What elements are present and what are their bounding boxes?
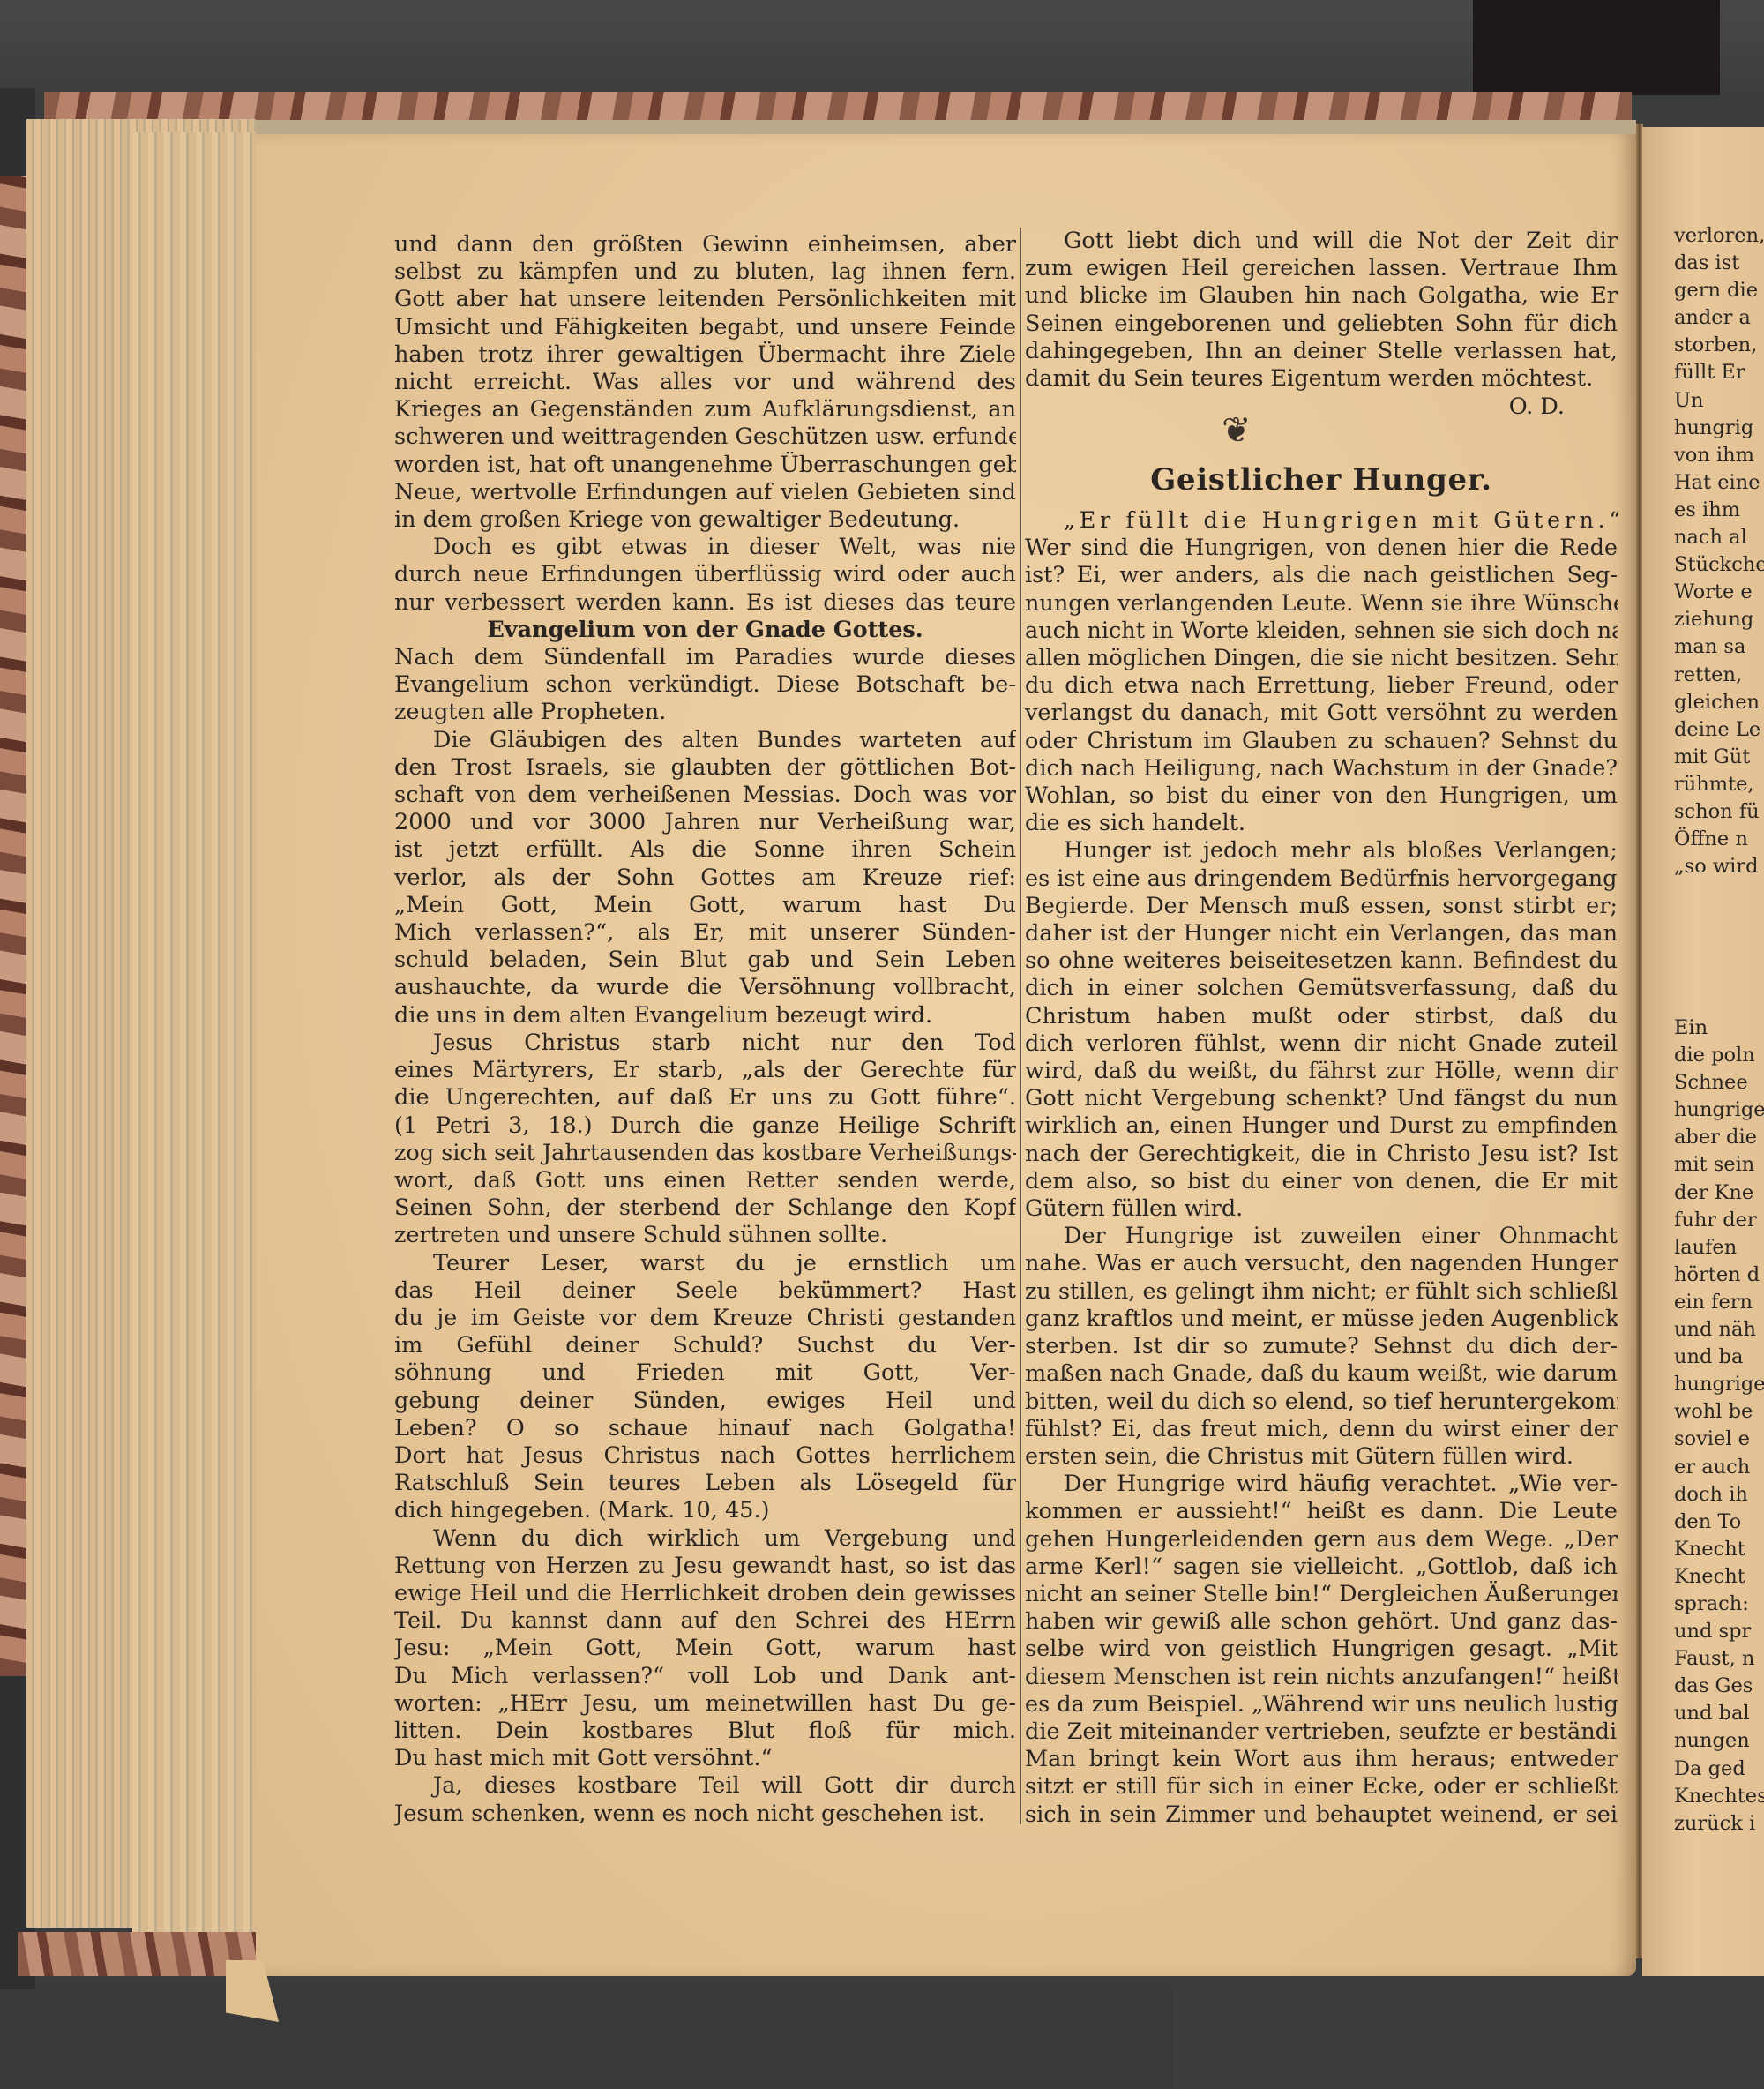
text-line: Nach dem Sündenfall im Paradies wurde di…	[394, 644, 1016, 671]
text-line: Evangelium von der Gnade Gottes.	[394, 617, 1016, 644]
text-line: sitzt er still für sich in einer Ecke, o…	[1025, 1773, 1618, 1801]
fragment-line: schon fü	[1674, 798, 1764, 826]
fragment-line: zurück i	[1674, 1810, 1764, 1838]
text-line: schaft von dem verheißenen Messias. Doch…	[394, 782, 1016, 809]
text-line: Krieges an Gegenständen zum Aufklärungsd…	[394, 396, 1016, 423]
text-line: diesem Menschen ist rein nichts anzufang…	[1025, 1664, 1618, 1691]
left-text-column: und dann den größten Gewinn einheimsen, …	[394, 231, 1016, 1828]
text-line: Leben? O so schaue hinauf nach Golgatha!	[394, 1415, 1016, 1442]
text-line: schuld beladen, Sein Blut gab und Sein L…	[394, 947, 1016, 974]
column-divider	[1020, 228, 1021, 1824]
text-line: Jesum schenken, wenn es noch nicht gesch…	[394, 1801, 1016, 1828]
text-line: du je im Geiste vor dem Kreuze Christi g…	[394, 1305, 1016, 1332]
text-line: Teil. Du kannst dann auf den Schrei des …	[394, 1607, 1016, 1635]
text-line: das Heil deiner Seele bekümmert? Hast	[394, 1277, 1016, 1305]
fragment-line: Stückche	[1674, 551, 1764, 579]
text-line: Wer sind die Hungrigen, von denen hier d…	[1025, 535, 1618, 562]
page-block-edge-inner	[132, 132, 256, 1932]
text-line: Umsicht und Fähigkeiten begabt, und unse…	[394, 314, 1016, 341]
text-line: zu stillen, es gelingt ihm nicht; er füh…	[1025, 1278, 1618, 1306]
text-line: gebung deiner Sünden, ewiges Heil und	[394, 1388, 1016, 1415]
fragment-line: Schnee	[1674, 1069, 1764, 1097]
fragment-line: „so wird	[1674, 853, 1764, 880]
fragment-line: ziehung	[1674, 606, 1764, 633]
text-line: wort, daß Gott uns einen Retter senden w…	[394, 1167, 1016, 1194]
text-line: dich in einer solchen Gemütsverfassung, …	[1025, 975, 1618, 1002]
text-line: die Ungerechten, auf daß Er uns zu Gott …	[394, 1084, 1016, 1112]
fragment-line: ander a	[1674, 304, 1764, 332]
fragment-line: es ihm	[1674, 497, 1764, 524]
fragment-line: den To	[1674, 1509, 1764, 1536]
text-line: daher ist der Hunger nicht ein Verlangen…	[1025, 920, 1618, 947]
next-page-text-top: verloren,das istgern dieander astorben,f…	[1674, 222, 1764, 880]
fragment-line: Un	[1674, 387, 1764, 415]
text-line: Jesus Christus starb nicht nur den Tod	[394, 1030, 1016, 1057]
article-title: Geistlicher Hunger.	[1025, 462, 1618, 498]
fragment-line: hungrig	[1674, 415, 1764, 442]
fragment-line: doch ih	[1674, 1481, 1764, 1509]
text-line: bitten, weil du dich so elend, so tief h…	[1025, 1389, 1618, 1416]
text-line: aushauchte, da wurde die Versöhnung voll…	[394, 974, 1016, 1001]
text-line: Christum haben mußt oder stirbst, daß du	[1025, 1003, 1618, 1030]
text-line: (1 Petri 3, 18.) Durch die ganze Heilige…	[394, 1112, 1016, 1140]
text-line: so ohne weiteres beiseitesetzen kann. Be…	[1025, 947, 1618, 975]
text-line: allen möglichen Dingen, die sie nicht be…	[1025, 645, 1618, 672]
text-line: Der Hungrige ist zuweilen einer Ohnmacht	[1025, 1223, 1618, 1250]
fragment-line: Knechtes	[1674, 1783, 1764, 1810]
marbled-cover-left	[0, 176, 30, 1676]
text-line: im Gefühl deiner Schuld? Suchst du Ver-	[394, 1332, 1016, 1359]
text-line: Rettung von Herzen zu Jesu gewandt hast,…	[394, 1553, 1016, 1580]
fragment-line: mit Güt	[1674, 744, 1764, 771]
text-line: Gott liebt dich und will die Not der Zei…	[1025, 228, 1618, 255]
text-line: und dann den größten Gewinn einheimsen, …	[394, 231, 1016, 258]
fragment-line: fuhr der	[1674, 1207, 1764, 1234]
text-line: verlor, als der Sohn Gottes am Kreuze ri…	[394, 865, 1016, 892]
text-line: dahingegeben, Ihn an deiner Stelle verla…	[1025, 338, 1618, 365]
fragment-line: hungrige	[1674, 1097, 1764, 1124]
text-line: Wenn du dich wirklich um Vergebung und	[394, 1525, 1016, 1553]
text-line: in dem großen Kriege von gewaltiger Bede…	[394, 506, 1016, 534]
fragment-line: Worte e	[1674, 579, 1764, 606]
fragment-line: soviel e	[1674, 1426, 1764, 1453]
fragment-line: gleichen	[1674, 689, 1764, 716]
text-line: den Trost Israels, sie glaubten der gött…	[394, 754, 1016, 782]
text-line: ist? Ei, wer anders, als die nach geistl…	[1025, 562, 1618, 589]
text-line: es ist eine aus dringendem Bedürfnis her…	[1025, 865, 1618, 893]
fragment-line: Da ged	[1674, 1756, 1764, 1783]
text-line: dich hingegeben. (Mark. 10, 45.)	[394, 1497, 1016, 1524]
text-line: wirklich an, einen Hunger und Durst zu e…	[1025, 1112, 1618, 1140]
text-line: zeugten alle Propheten.	[394, 699, 1016, 726]
text-line: selbe wird von geistlich Hungrigen gesag…	[1025, 1636, 1618, 1663]
text-line: Doch es gibt etwas in dieser Welt, was n…	[394, 534, 1016, 561]
fragment-line: hungrige	[1674, 1371, 1764, 1398]
text-line: die es sich handelt.	[1025, 810, 1618, 837]
text-line: fühlst? Ei, das freut mich, denn du wirs…	[1025, 1416, 1618, 1443]
fragment-line: und ba	[1674, 1344, 1764, 1371]
fragment-line: von ihm	[1674, 442, 1764, 469]
fragment-line: verloren,	[1674, 222, 1764, 250]
text-line: Evangelium schon verkündigt. Diese Botsc…	[394, 671, 1016, 699]
fragment-line: die poln	[1674, 1042, 1764, 1069]
signature-line: O. D.	[1025, 393, 1618, 421]
text-line: die uns in dem alten Evangelium bezeugt …	[394, 1002, 1016, 1030]
text-line: dem also, so bist du einer von denen, di…	[1025, 1168, 1618, 1195]
fragment-line: nungen	[1674, 1727, 1764, 1755]
fragment-line: wohl be	[1674, 1398, 1764, 1426]
text-line: Wohlan, so bist du einer von den Hungrig…	[1025, 782, 1618, 810]
text-line: ewige Heil und die Herrlichkeit droben d…	[394, 1580, 1016, 1607]
text-line: söhnung und Frieden mit Gott, Ver-	[394, 1359, 1016, 1387]
text-line: 2000 und vor 3000 Jahren nur Verheißung …	[394, 809, 1016, 836]
text-line: Gott nicht Vergebung schenkt? Und fängst…	[1025, 1085, 1618, 1112]
text-line: Neue, wertvolle Erfindungen auf vielen G…	[394, 479, 1016, 506]
text-line: wird, daß du weißt, du fährst zur Hölle,…	[1025, 1058, 1618, 1085]
text-line: nicht erreicht. Was alles vor und währen…	[394, 369, 1016, 396]
text-line: Ja, dieses kostbare Teil will Gott dir d…	[394, 1772, 1016, 1800]
text-line: eines Märtyrers, Er starb, „als der Gere…	[394, 1057, 1016, 1084]
fragment-line: storben,	[1674, 332, 1764, 359]
ornament-icon: ❦	[1222, 410, 1252, 451]
text-line: nur verbessert werden kann. Es ist diese…	[394, 589, 1016, 617]
text-line: Man bringt kein Wort aus ihm heraus; ent…	[1025, 1746, 1618, 1773]
text-line: schweren und weittragenden Geschützen us…	[394, 423, 1016, 451]
fragment-line: er auch	[1674, 1454, 1764, 1481]
text-line: „Mein Gott, Mein Gott, warum hast Du	[394, 892, 1016, 919]
text-line: ganz kraftlos und meint, er müsse jeden …	[1025, 1306, 1618, 1333]
fragment-line: Ein	[1674, 1015, 1764, 1042]
text-line: Du hast mich mit Gott versöhnt.“	[394, 1745, 1016, 1772]
text-line: kommen er aussieht!“ heißt es dann. Die …	[1025, 1498, 1618, 1525]
text-line: nicht an seiner Stelle bin!“ Dergleichen…	[1025, 1581, 1618, 1608]
fragment-line: ein fern	[1674, 1289, 1764, 1316]
text-line: arme Kerl!“ sagen sie vielleicht. „Gottl…	[1025, 1554, 1618, 1581]
fragment-line: hörten d	[1674, 1262, 1764, 1289]
fragment-line: sprach:	[1674, 1591, 1764, 1618]
text-line: worten: „HErr Jesu, um meinetwillen hast…	[394, 1690, 1016, 1718]
text-line: dich verloren fühlst, wenn dir nicht Gna…	[1025, 1030, 1618, 1058]
book-spine-cloth	[1473, 0, 1720, 95]
fragment-line: rühmte,	[1674, 771, 1764, 798]
text-line: verlangst du danach, mit Gott versöhnt z…	[1025, 700, 1618, 727]
text-line: Hunger ist jedoch mehr als bloßes Verlan…	[1025, 837, 1618, 865]
fragment-line: Knecht	[1674, 1563, 1764, 1591]
right-intro-paragraph: Gott liebt dich und will die Not der Zei…	[1025, 228, 1618, 393]
fragment-line: Hat eine	[1674, 469, 1764, 497]
text-line: selbst zu kämpfen und zu bluten, lag ihn…	[394, 258, 1016, 286]
text-line: Dort hat Jesus Christus nach Gottes herr…	[394, 1442, 1016, 1470]
fragment-line: das ist	[1674, 250, 1764, 277]
fragment-line: retten,	[1674, 662, 1764, 689]
fragment-line: nach al	[1674, 524, 1764, 551]
text-line: es da zum Beispiel. „Während wir uns neu…	[1025, 1691, 1618, 1718]
text-line: nungen verlangenden Leute. Wenn sie ihre…	[1025, 590, 1618, 618]
right-text-column: „Er füllt die Hungrigen mit Gütern.“Wer …	[1025, 507, 1618, 1829]
text-line: Gott aber hat unsere leitenden Persönlic…	[394, 286, 1016, 313]
text-line: litten. Dein kostbares Blut floß für mic…	[394, 1718, 1016, 1745]
text-line: Du Mich verlassen?“ voll Lob und Dank an…	[394, 1663, 1016, 1690]
text-line: nach der Gerechtigkeit, die in Christo J…	[1025, 1141, 1618, 1168]
text-line: die Zeit miteinander vertrieben, seufzte…	[1025, 1718, 1618, 1746]
fragment-line: und näh	[1674, 1316, 1764, 1344]
text-line: Mich verlassen?“, als Er, mit unserer Sü…	[394, 919, 1016, 947]
text-line: worden ist, hat oft unangenehme Überrasc…	[394, 452, 1016, 479]
text-line: auch nicht in Worte kleiden, sehnen sie …	[1025, 618, 1618, 645]
text-line: zog sich seit Jahrtausenden das kostbare…	[394, 1140, 1016, 1167]
text-line: Seinen Sohn, der sterbend der Schlange d…	[394, 1194, 1016, 1222]
text-line: Jesu: „Mein Gott, Mein Gott, warum hast	[394, 1635, 1016, 1662]
marbled-cover-top	[44, 92, 1632, 122]
fragment-line: gern die	[1674, 277, 1764, 304]
text-line: und blicke im Glauben hin nach Golgatha,…	[1025, 282, 1618, 310]
text-line: haben trotz ihrer gewaltigen Übermacht i…	[394, 341, 1016, 369]
text-line: Teurer Leser, warst du je ernstlich um	[394, 1250, 1016, 1277]
text-line: sich in sein Zimmer und behauptet weinen…	[1025, 1801, 1618, 1829]
fragment-line: füllt Er	[1674, 359, 1764, 386]
text-line: nahe. Was er auch versucht, den nagenden…	[1025, 1250, 1618, 1277]
fragment-line: aber die	[1674, 1124, 1764, 1151]
text-line: zertreten und unsere Schuld sühnen sollt…	[394, 1222, 1016, 1249]
fragment-line: und bal	[1674, 1700, 1764, 1727]
text-line: Seinen eingeborenen und geliebten Sohn f…	[1025, 311, 1618, 338]
text-line: damit du Sein teures Eigentum werden möc…	[1025, 365, 1618, 393]
text-line: sterben. Ist dir so zumute? Sehnst du di…	[1025, 1333, 1618, 1360]
background-bottom-right	[1173, 1989, 1764, 2089]
text-line: ist jetzt erfüllt. Als die Sonne ihren S…	[394, 836, 1016, 864]
text-line: haben wir gewiß alle schon gehört. Und g…	[1025, 1608, 1618, 1636]
text-line: durch neue Erfindungen überflüssig wird …	[394, 561, 1016, 588]
text-line: Der Hungrige wird häufig verachtet. „Wie…	[1025, 1471, 1618, 1498]
fragment-line: deine Le	[1674, 716, 1764, 744]
text-line: dich nach Heiligung, nach Wachstum in de…	[1025, 755, 1618, 782]
text-line: Gütern füllen wird.	[1025, 1195, 1618, 1223]
text-line: Ratschluß Sein teures Leben als Lösegeld…	[394, 1470, 1016, 1497]
fragment-line: das Ges	[1674, 1673, 1764, 1700]
text-line: oder Christum im Glauben zu schauen? Seh…	[1025, 728, 1618, 755]
fragment-line: und spr	[1674, 1618, 1764, 1645]
text-line: „Er füllt die Hungrigen mit Gütern.“	[1025, 507, 1618, 535]
fragment-line: man sa	[1674, 633, 1764, 661]
fragment-line: laufen	[1674, 1234, 1764, 1262]
fragment-line: Faust, n	[1674, 1645, 1764, 1673]
next-page-text-bottom: Eindie polnSchneehungrigeaber diemit sei…	[1674, 1015, 1764, 1838]
text-line: maßen nach Gnade, daß du kaum weißt, wie…	[1025, 1360, 1618, 1388]
fragment-line: Knecht	[1674, 1536, 1764, 1563]
text-line: Die Gläubigen des alten Bundes warteten …	[394, 727, 1016, 754]
text-line: gehen Hungerleidenden gern aus dem Wege.…	[1025, 1526, 1618, 1554]
fragment-line: mit sein	[1674, 1151, 1764, 1179]
signature: O. D.	[1025, 393, 1618, 421]
text-line: Begierde. Der Mensch muß essen, sonst st…	[1025, 893, 1618, 920]
text-line: du dich etwa nach Errettung, lieber Freu…	[1025, 672, 1618, 700]
text-line: zum ewigen Heil gereichen lassen. Vertra…	[1025, 255, 1618, 282]
fragment-line: Öffne n	[1674, 826, 1764, 853]
fragment-line: der Kne	[1674, 1179, 1764, 1207]
text-line: ersten sein, die Christus mit Gütern fül…	[1025, 1443, 1618, 1471]
